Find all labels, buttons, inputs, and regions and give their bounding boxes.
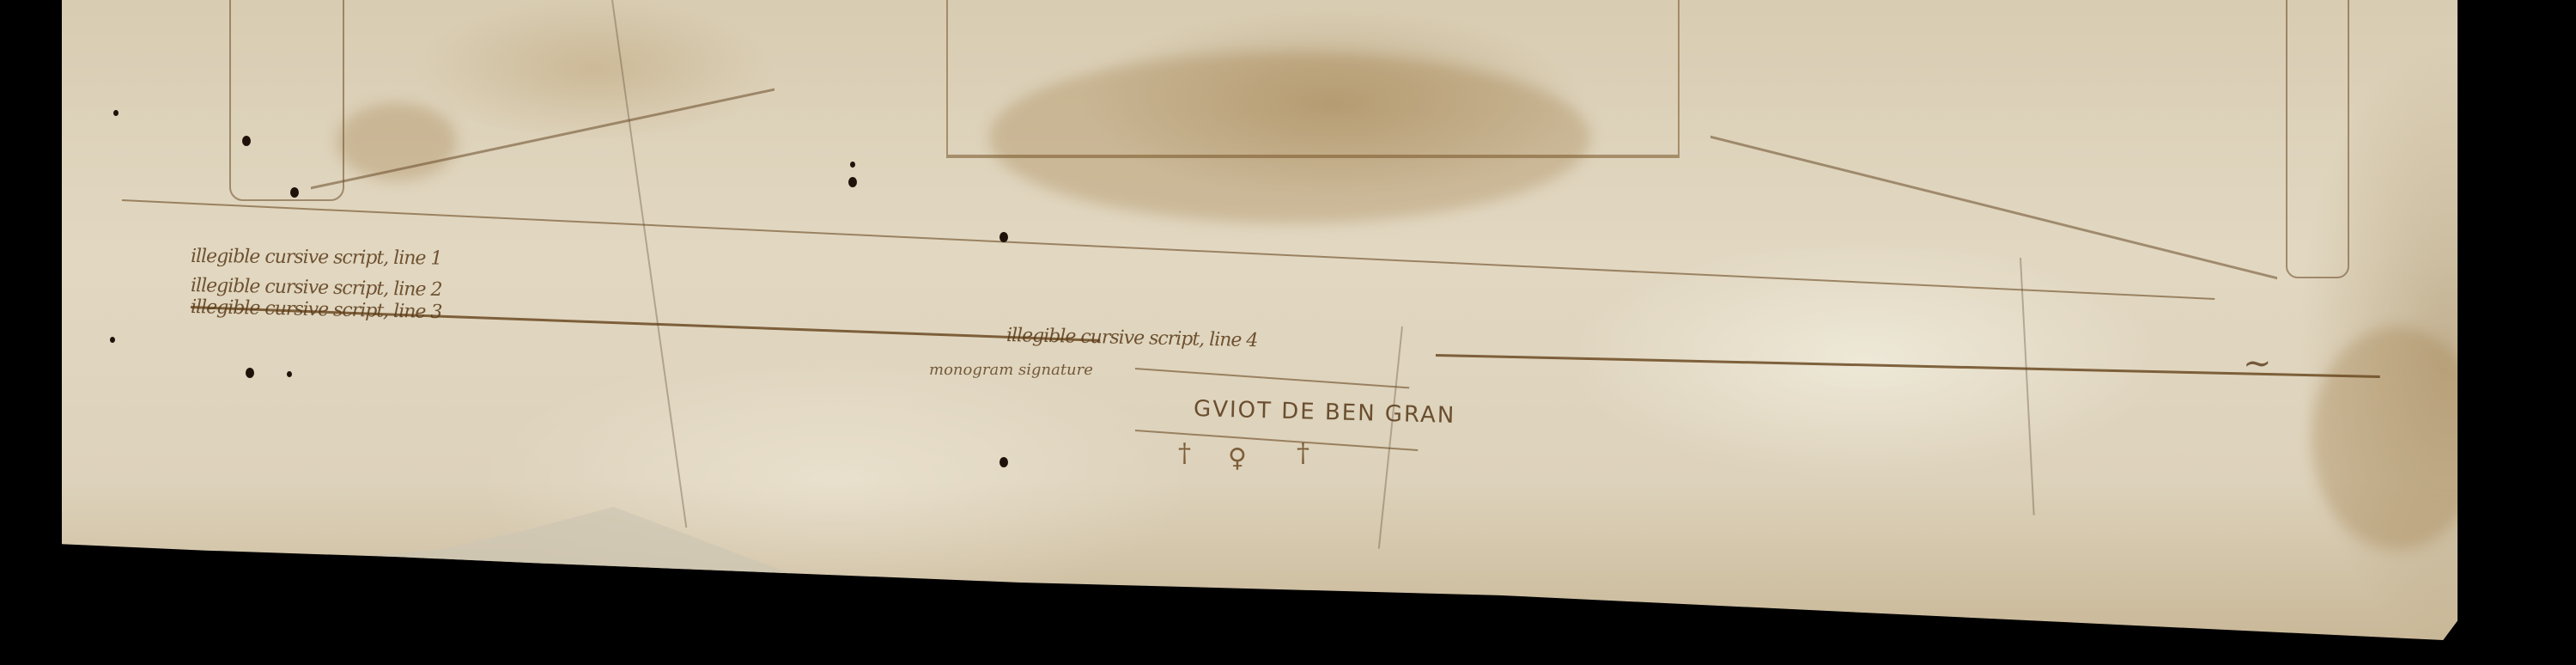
fold-crease: [2020, 258, 2035, 516]
fold-crease: [1378, 326, 1403, 549]
worn-patch: [337, 507, 869, 627]
worm-hole: [246, 368, 254, 378]
architectural-drawing-bench-right: [1710, 0, 2277, 279]
worm-hole: [113, 110, 118, 116]
cursive-line-2: illegible cursive script, line 2: [191, 275, 2251, 332]
architectural-drawing-bench-left: [311, 0, 775, 189]
cursive-line-1: illegible cursive script, line 1: [191, 246, 442, 270]
worm-hole: [290, 187, 299, 198]
photo-background: illegible cursive script, line 1 illegib…: [0, 0, 2576, 665]
worm-hole: [242, 136, 251, 146]
closing-flourish: ~: [2243, 344, 2272, 383]
cross-mark: †: [1297, 438, 1309, 468]
ruled-line-caption-box: [1135, 368, 1409, 388]
caption-gviot-de-ben-gran: GVIOT DE BEN GRAN: [1194, 396, 1456, 429]
parchment-sheet: illegible cursive script, line 1 illegib…: [62, 0, 2458, 640]
worm-hole: [110, 337, 115, 343]
signature-monogram: monogram signature: [929, 361, 1093, 379]
stain: [2312, 326, 2483, 550]
architectural-drawing-right-panel: [2286, 0, 2349, 278]
worm-hole: [850, 162, 855, 168]
cursive-line-3: illegible cursive script, line 3: [191, 296, 442, 323]
worm-hole: [287, 371, 292, 377]
ruled-line-underline: [1436, 354, 2380, 378]
worm-hole: [848, 177, 857, 187]
worm-hole: [999, 457, 1008, 467]
cross-mark: †: [1178, 438, 1191, 468]
architectural-drawing-altar-block: [946, 0, 1680, 158]
cross-mark-female-symbol: ♀: [1228, 443, 1247, 473]
cursive-line-4: illegible cursive script, line 4: [1006, 325, 1258, 351]
worm-hole: [999, 232, 1008, 242]
